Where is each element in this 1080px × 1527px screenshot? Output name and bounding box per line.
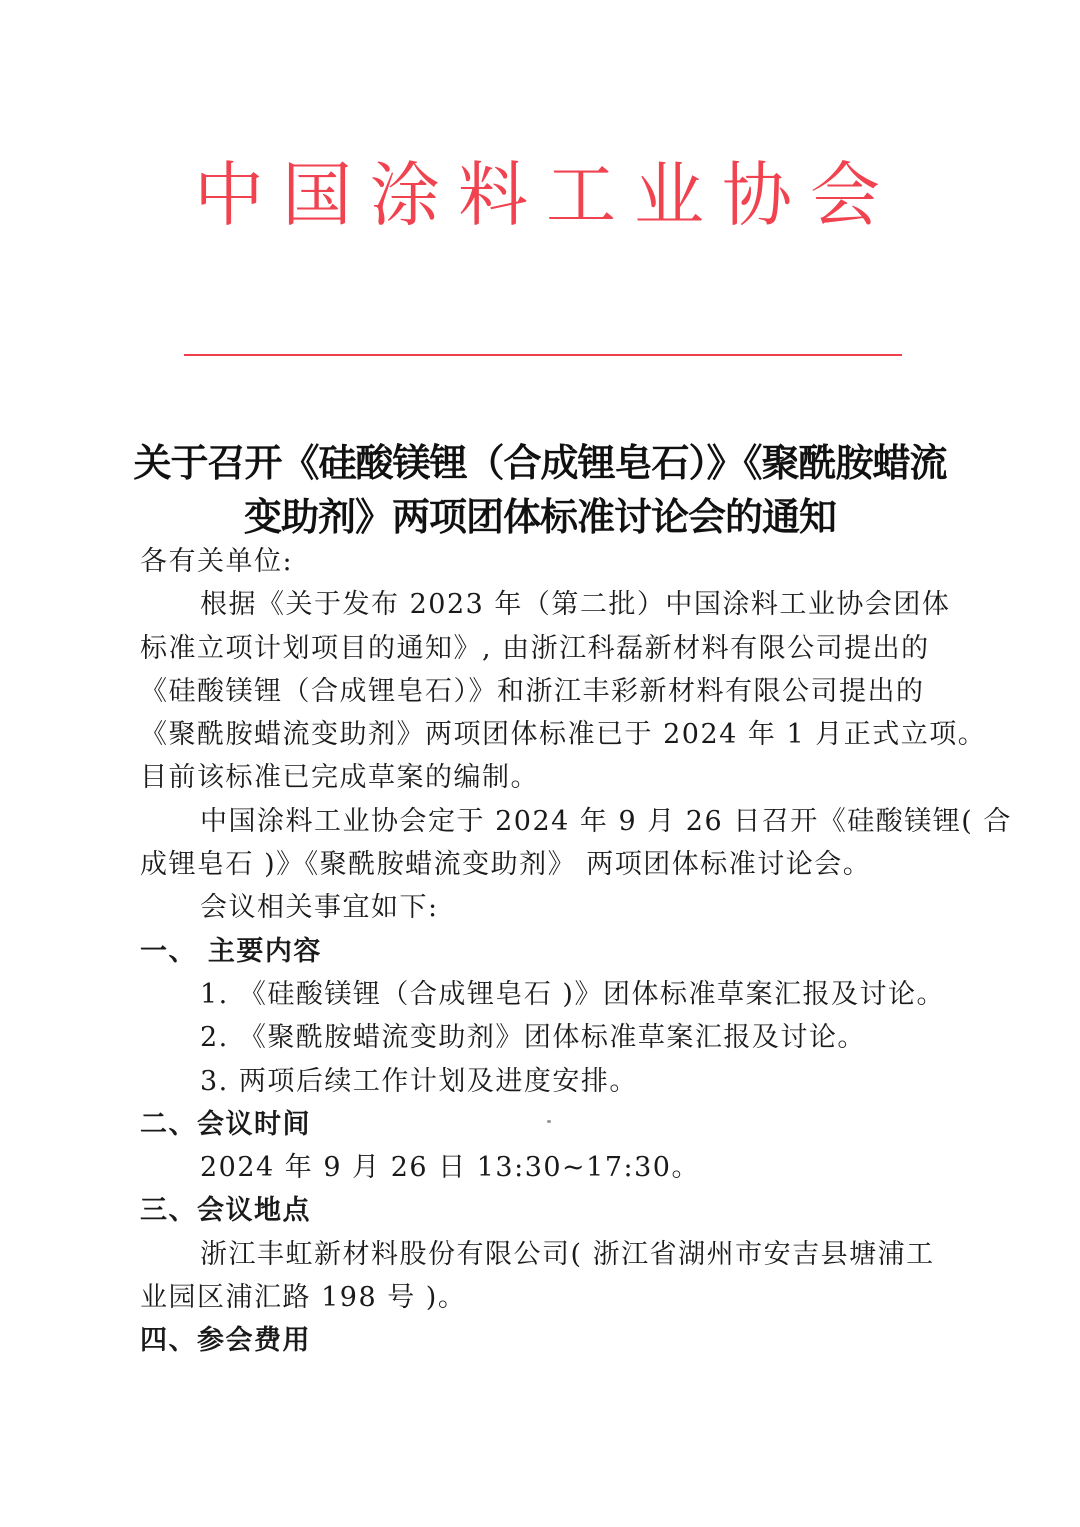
section-main-content: 一、 主要内容 1. 《硅酸镁锂（合成锂皂石 )》团体标准草案汇报及讨论。 2.… — [140, 930, 940, 1103]
letterhead-divider — [184, 354, 902, 356]
section-heading: 一、 主要内容 — [140, 930, 940, 973]
document-title-line-1: 关于召开《硅酸镁锂（合成锂皂石）》《聚酰胺蜡流 — [130, 436, 950, 490]
paragraph-line: 中国涂料工业协会定于 2024 年 9 月 26 日召开《硅酸镁锂( 合 — [140, 800, 940, 843]
section-heading: 二、会议时间 — [140, 1103, 940, 1146]
organization-letterhead: 中国涂料工业协会 — [0, 150, 1080, 240]
document-title-line-2: 变助剂》两项团体标准讨论会的通知 — [130, 490, 950, 544]
document-body: 各有关单位: 根据《关于发布 2023 年（第二批）中国涂料工业协会团体 标准立… — [140, 540, 940, 1363]
paragraph-line: 根据《关于发布 2023 年（第二批）中国涂料工业协会团体 — [140, 583, 940, 626]
salutation: 各有关单位: — [140, 540, 940, 583]
paragraph-intro: 会议相关事宜如下: — [140, 886, 940, 929]
paragraph-meeting-announcement: 中国涂料工业协会定于 2024 年 9 月 26 日召开《硅酸镁锂( 合 成锂皂… — [140, 800, 940, 887]
list-item: 2. 《聚酰胺蜡流变助剂》团体标准草案汇报及讨论。 — [140, 1016, 940, 1059]
section-heading: 四、参会费用 — [140, 1319, 940, 1362]
paragraph-line: 成锂皂石 )》《聚酰胺蜡流变助剂》 两项团体标准讨论会。 — [140, 843, 940, 886]
paragraph-line: 《聚酰胺蜡流变助剂》两项团体标准已于 2024 年 1 月正式立项。 — [140, 713, 940, 756]
section-meeting-location: 三、会议地点 浙江丰虹新材料股份有限公司( 浙江省湖州市安吉县塘浦工 业园区浦汇… — [140, 1189, 940, 1319]
location-line: 浙江丰虹新材料股份有限公司( 浙江省湖州市安吉县塘浦工 — [140, 1233, 940, 1276]
scan-artifact — [547, 1120, 551, 1123]
list-item: 1. 《硅酸镁锂（合成锂皂石 )》团体标准草案汇报及讨论。 — [140, 973, 940, 1016]
paragraph-line: 标准立项计划项目的通知》, 由浙江科磊新材料有限公司提出的 — [140, 627, 940, 670]
list-item: 3. 两项后续工作计划及进度安排。 — [140, 1060, 940, 1103]
meeting-time-value: 2024 年 9 月 26 日 13:30~17:30。 — [140, 1146, 940, 1189]
paragraph-line: 《硅酸镁锂（合成锂皂石）》和浙江丰彩新材料有限公司提出的 — [140, 670, 940, 713]
document-title: 关于召开《硅酸镁锂（合成锂皂石）》《聚酰胺蜡流 变助剂》两项团体标准讨论会的通知 — [130, 436, 950, 544]
paragraph-background: 根据《关于发布 2023 年（第二批）中国涂料工业协会团体 标准立项计划项目的通… — [140, 583, 940, 799]
section-meeting-time: 二、会议时间 2024 年 9 月 26 日 13:30~17:30。 — [140, 1103, 940, 1190]
paragraph-line: 目前该标准已完成草案的编制。 — [140, 756, 940, 799]
section-fees: 四、参会费用 — [140, 1319, 940, 1362]
section-heading: 三、会议地点 — [140, 1189, 940, 1232]
location-line: 业园区浦汇路 198 号 )。 — [140, 1276, 940, 1319]
